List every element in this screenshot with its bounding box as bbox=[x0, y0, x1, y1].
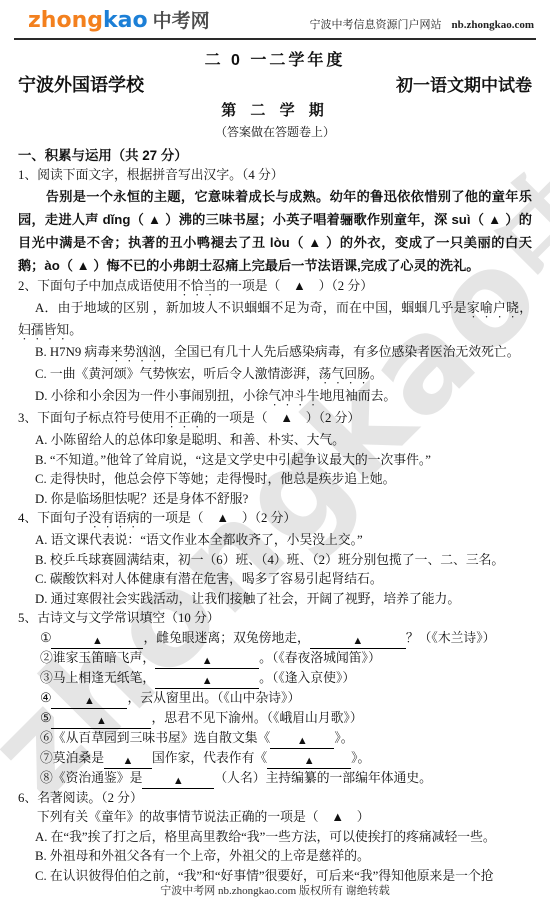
term-title: 第 二 学 期 bbox=[0, 99, 550, 120]
text-line: C. 一曲《黄河颂》气势恢宏，听后令人激情澎湃，荡气回肠。 bbox=[18, 365, 532, 387]
text-line: 4、下面句子没有语病的一项是（ ▲ ）（2 分） bbox=[18, 509, 532, 531]
text-line: ⑦莫泊桑是▲国作家，代表作有《▲》。 bbox=[18, 749, 532, 769]
header-divider bbox=[14, 38, 536, 40]
text-line: B. “不知道。”他耸了耸肩说，“这是文学史中引起争议最大的一次事件。” bbox=[18, 451, 532, 471]
emphasized-text: 家喻户晓 bbox=[467, 301, 519, 315]
text-line: B. H7N9 病毒来势汹汹，全国已有几十人先后感染病毒，有多位感染者医治无效死… bbox=[18, 343, 532, 365]
text-line: A. 小陈留给人的总体印象是聪明、和善、朴实、大气。 bbox=[18, 431, 532, 451]
text-line: ②谁家玉笛暗飞声，▲。（《春夜洛城闻笛》） bbox=[18, 649, 532, 669]
answer-blank: ▲ bbox=[270, 733, 334, 749]
answer-blank: ▲ bbox=[142, 773, 214, 789]
text-line: B. 校乒乓球赛圆满结束，初一（6）班、（4）班、（2）班分别包揽了一、二、三名… bbox=[18, 551, 532, 571]
answer-blank: ▲ bbox=[51, 693, 127, 709]
site-info: 宁波中考信息资源门户网站nb.zhongkao.com bbox=[309, 16, 534, 33]
answer-blank: ▲ bbox=[104, 753, 152, 769]
emphasized-text: 不恰当 bbox=[178, 279, 216, 293]
text-line: 下列有关《童年》的故事情节说法正确的一项是（ ▲ ） bbox=[18, 808, 532, 828]
emphasized-text: 荡气回肠 bbox=[319, 367, 370, 381]
text-line: ⑥《从百草园到三味书屋》选自散文集《▲》。 bbox=[18, 729, 532, 749]
text-line: ③马上相逢无纸笔，▲。（《逢入京使》） bbox=[18, 669, 532, 689]
exam-body: 一、积累与运用（共 27 分）1、阅读下面文字，根据拼音写出汉字。（4 分）告别… bbox=[0, 140, 550, 886]
text-line: 6、名著阅读。（2 分） bbox=[18, 789, 532, 809]
exam-paper-page: zhongkao中考网 zhongkao中考网 宁波中考信息资源门户网站nb.z… bbox=[0, 0, 550, 905]
answer-blank: ▲ bbox=[51, 713, 151, 729]
text-line: 1、阅读下面文字，根据拼音写出汉字。（4 分） bbox=[18, 166, 532, 186]
text-line: ⑧《资治通鉴》是▲（人名）主持编纂的一部编年体通史。 bbox=[18, 769, 532, 789]
logo-text-kao: kao bbox=[103, 8, 148, 33]
logo-text-cn: 中考网 bbox=[153, 10, 210, 32]
page-footer: 宁波中考网 nb.zhongkao.com 版权所有 谢绝转载 bbox=[0, 882, 550, 898]
text-line: ①▲，雌兔眼迷离；双兔傍地走，▲？（《木兰诗》） bbox=[18, 629, 532, 649]
text-line: 2、下面句子中加点成语使用不恰当的一项是（ ▲ ）（2 分） bbox=[18, 277, 532, 299]
answer-sheet-note: （答案做在答题卷上） bbox=[0, 123, 550, 140]
text-line: B. 外祖母和外祖父各有一个上帝，外祖父的上帝是慈祥的。 bbox=[18, 847, 532, 867]
text-line: 3、下面句子标点符号使用不正确的一项是（ ▲ ）（2 分） bbox=[18, 409, 532, 431]
answer-blank: ▲ bbox=[310, 633, 406, 649]
text-line: D. 通过寒假社会实践活动，让我们接触了社会，开阔了视野，培养了能力。 bbox=[18, 590, 532, 610]
school-year-title: 二 0 一二学年度 bbox=[0, 47, 550, 70]
emphasized-text: 来势汹汹 bbox=[110, 345, 161, 359]
answer-blank: ▲ bbox=[155, 673, 259, 689]
text-line: ⑤▲，思君不见下渝州。（《峨眉山月歌》） bbox=[18, 709, 532, 729]
text-line: D. 你是临场胆怯呢？还是身体不舒服? bbox=[18, 490, 532, 510]
emphasized-text: 妇孺皆知 bbox=[18, 323, 69, 337]
text-line: A. 在“我”挨了打之后，格里高里教给“我”一些方法，可以使挨打的疼痛减轻一些。 bbox=[18, 828, 532, 848]
text-line: 告别是一个永恒的主题，它意味着成长与成熟。幼年的鲁迅依依惜别了他的童年乐园，走进… bbox=[18, 185, 532, 277]
text-line: A．由于地域的区别 ，新加坡人不识蝈蝈不足为奇，而在中国，蝈蝈几乎是家喻户晓，妇… bbox=[18, 299, 532, 343]
emphasized-text: 没有语病 bbox=[88, 511, 139, 525]
text-line: A. 语文课代表说：“语文作业本全都收齐了，小吴没上交。” bbox=[18, 531, 532, 551]
site-url[interactable]: nb.zhongkao.com bbox=[451, 19, 534, 31]
page-header: zhongkao中考网 宁波中考信息资源门户网站nb.zhongkao.com bbox=[0, 0, 550, 36]
school-name: 宁波外国语学校 bbox=[18, 71, 144, 97]
exam-title: 初一语文期中试卷 bbox=[396, 71, 532, 96]
text-line: C. 碳酸饮料对人体健康有潜在危害，喝多了容易引起肾结石。 bbox=[18, 570, 532, 590]
answer-blank: ▲ bbox=[267, 753, 351, 769]
site-name: 宁波中考信息资源门户网站 bbox=[309, 19, 441, 31]
zhongkao-logo[interactable]: zhongkao中考网 bbox=[28, 9, 210, 33]
emphasized-text: 气冲斗牛 bbox=[268, 389, 319, 403]
answer-blank: ▲ bbox=[51, 633, 143, 649]
text-line: D. 小徐和小余因为一件小事闹别扭，小徐气冲斗牛地甩袖而去。 bbox=[18, 387, 532, 409]
title-block: 二 0 一二学年度 宁波外国语学校 初一语文期中试卷 第 二 学 期 （答案做在… bbox=[0, 47, 550, 140]
logo-text-zhong: zhong bbox=[28, 8, 103, 33]
text-line: ④▲，云从窗里出。（《山中杂诗》） bbox=[18, 689, 532, 709]
text-line: 5、古诗文与文学常识填空（10 分） bbox=[18, 609, 532, 629]
text-line: C. 走得快时，他总会停下等她；走得慢时，他总是疾步追上她。 bbox=[18, 470, 532, 490]
text-line: 一、积累与运用（共 27 分） bbox=[18, 146, 532, 166]
emphasized-text: 不正确 bbox=[165, 411, 203, 425]
answer-blank: ▲ bbox=[155, 653, 259, 669]
